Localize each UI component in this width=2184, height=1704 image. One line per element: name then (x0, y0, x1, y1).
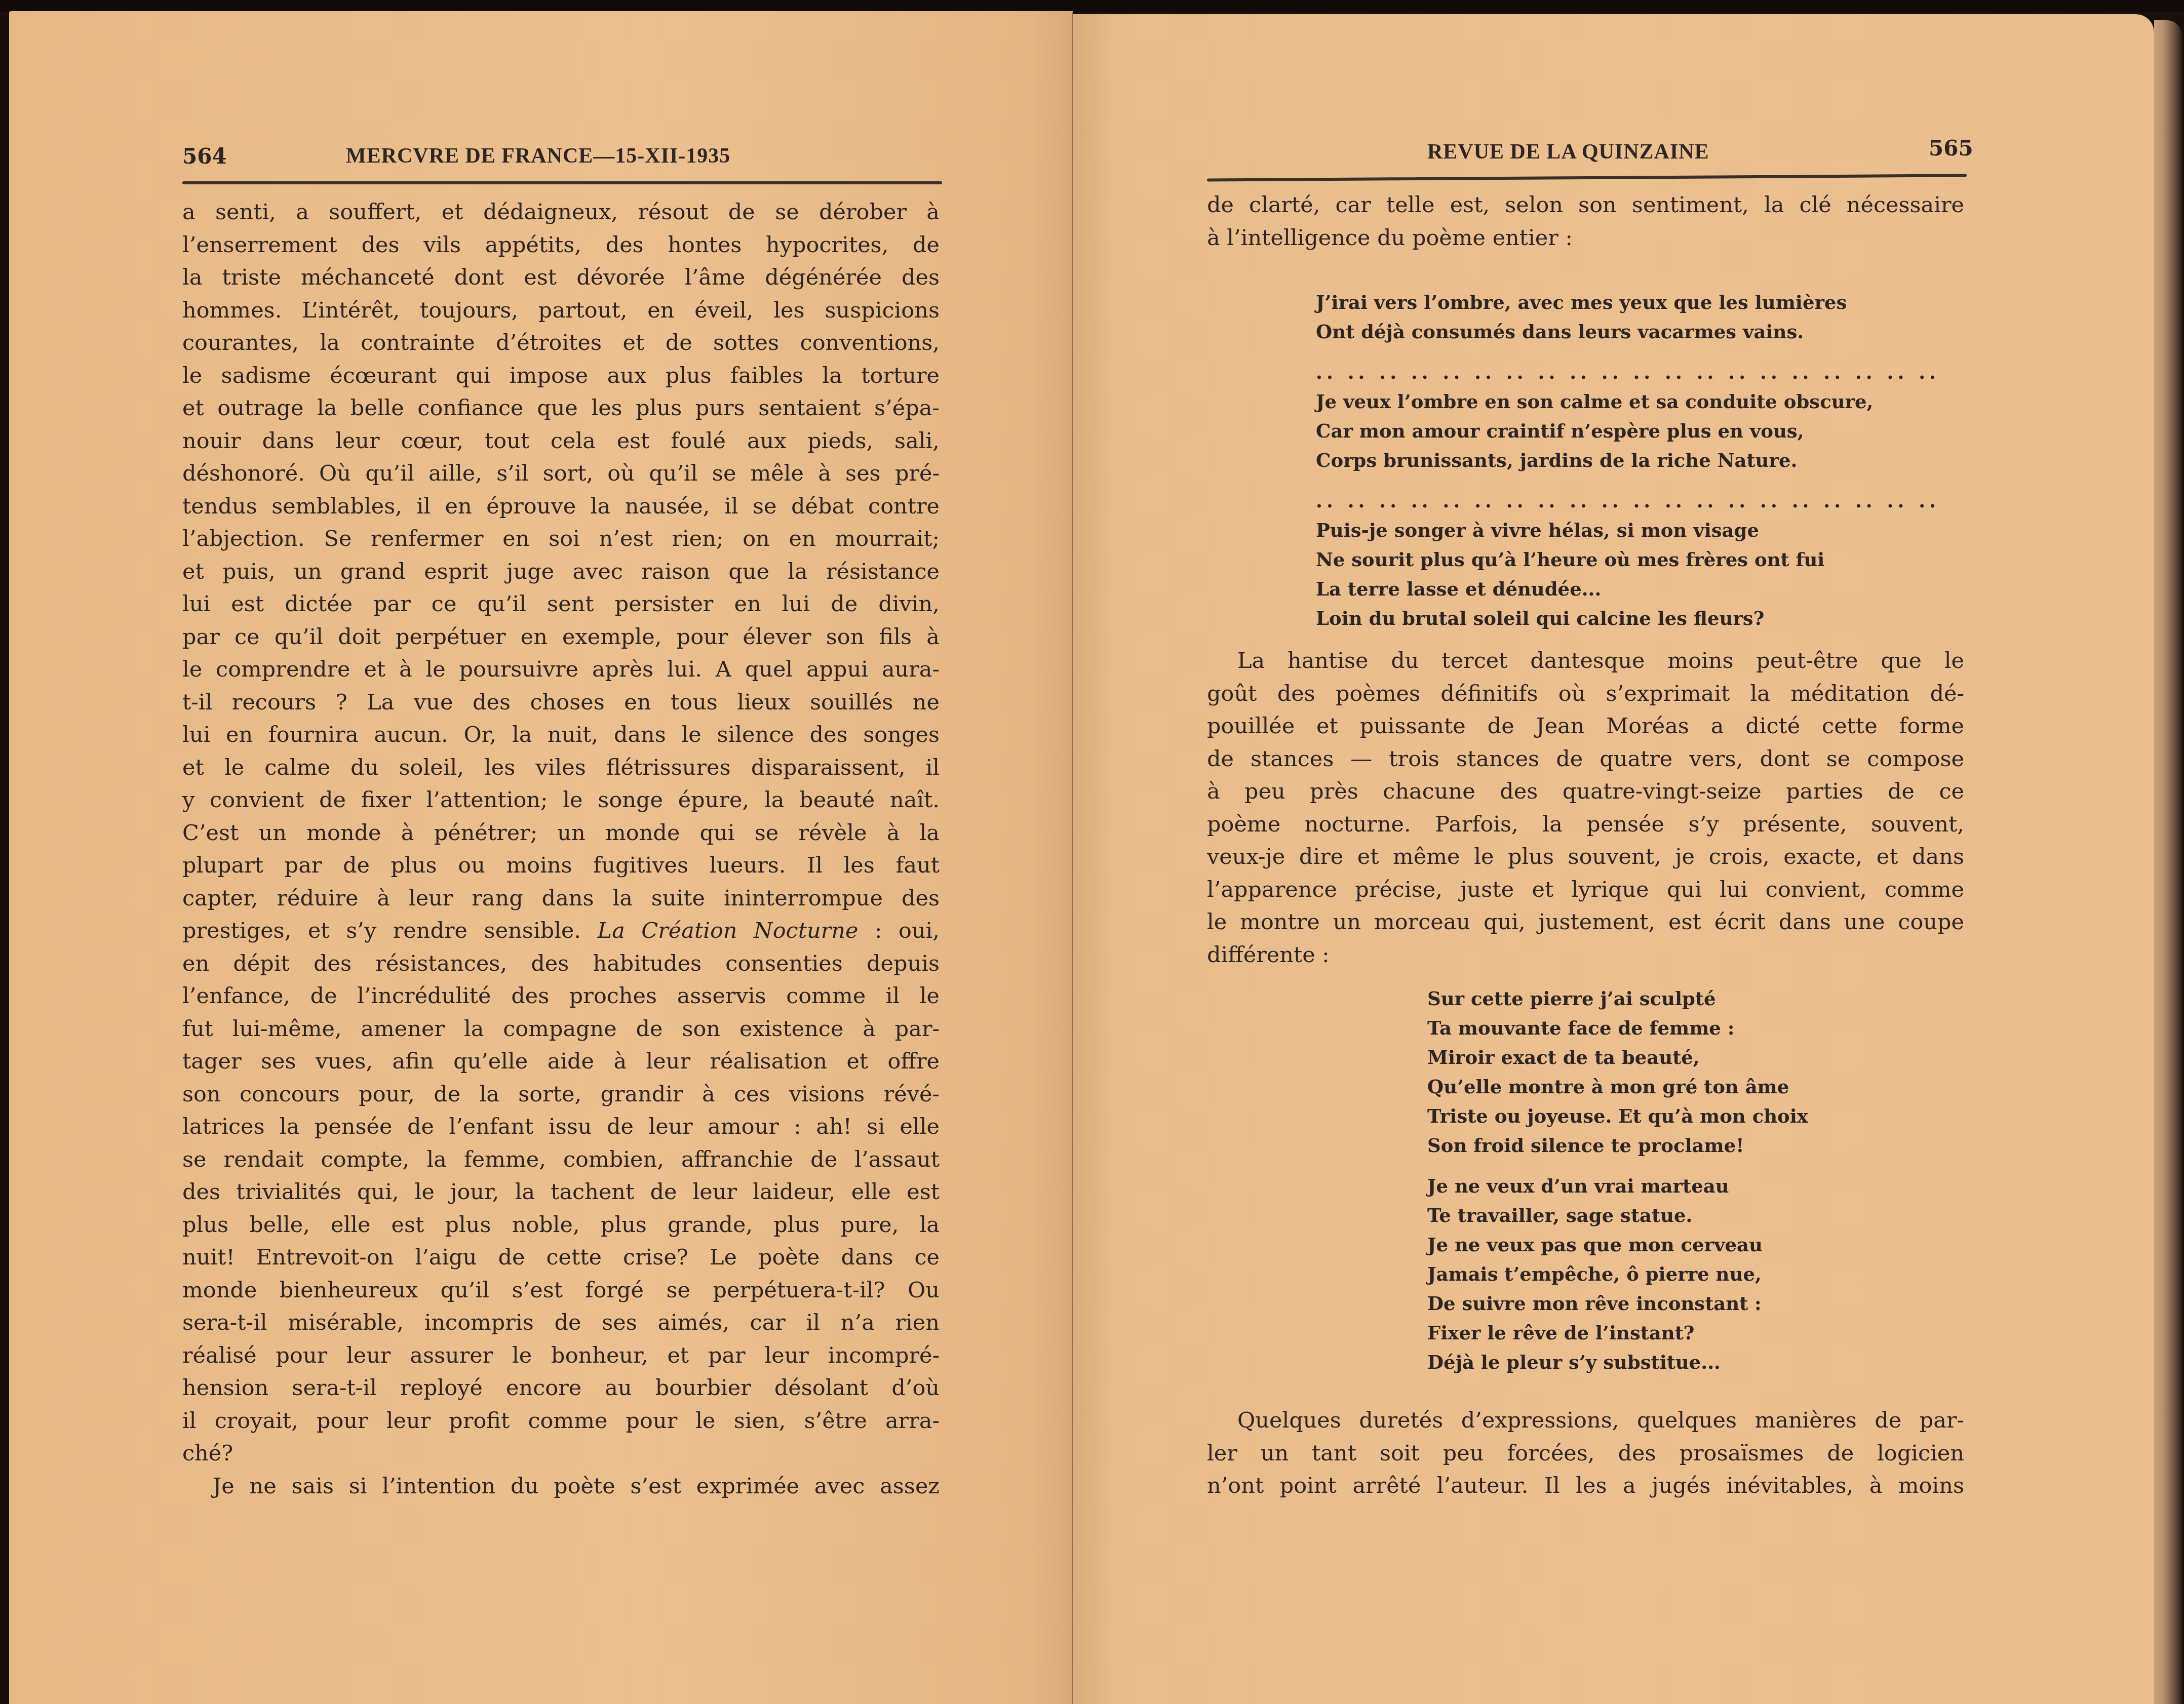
text-line: n’ont point arrêté l’auteur. Il les a ju… (1207, 1470, 1964, 1502)
text-line: hension sera-t-il reployé encore au bour… (182, 1372, 940, 1405)
text-line: ché? (182, 1437, 940, 1470)
text-line: par ce qu’il doit perpétuer en exemple, … (182, 621, 940, 654)
book-spread: 564 MERCVRE DE FRANCE—15-XII-1935 a sent… (9, 0, 2182, 1704)
text-line: à l’intelligence du poème entier : (1207, 222, 1964, 255)
running-head-left: MERCVRE DE FRANCE—15-XII-1935 (346, 144, 730, 168)
text-line: son concours pour, de la sorte, grandir … (182, 1078, 940, 1111)
text-line: des trivialités qui, le jour, la tachent… (182, 1176, 940, 1209)
text-line: l’abjection. Se renfermer en soi n’est r… (182, 523, 940, 556)
text-line: réalisé pour leur assurer le bonheur, et… (182, 1339, 940, 1372)
text-fragment: prestiges, et s’y rendre sensible. (182, 918, 581, 943)
text-line: nuit! Entrevoit-on l’aigu de cette crise… (182, 1241, 940, 1274)
text-line: l’apparence précise, juste et lyrique qu… (1207, 874, 1964, 906)
verse-line: Te travailler, sage statue. (1427, 1201, 1808, 1230)
text-line: l’enserrement des vils appétits, des hon… (182, 229, 940, 262)
verse-line: Ta mouvante face de femme : (1427, 1013, 1808, 1043)
text-line: poème nocturne. Parfois, la pensée s’y p… (1207, 808, 1964, 841)
verse-line: Qu’elle montre à mon gré ton âme (1427, 1072, 1808, 1101)
text-line: le montre un morceau qui, justement, est… (1207, 906, 1964, 939)
text-line: fut lui-même, amener la compagne de son … (182, 1013, 940, 1046)
text-line: nouir dans leur cœur, tout cela est foul… (182, 425, 940, 458)
text-line: et le calme du soleil, les viles flétris… (182, 751, 940, 784)
text-line: monde bienheureux qu’il s’est forgé se p… (182, 1274, 940, 1307)
right-page: REVUE DE LA QUINZAINE 565 de clarté, car… (1073, 14, 2154, 1704)
text-line: il croyait, pour leur profit comme pour … (182, 1405, 940, 1438)
text-line: l’enfance, de l’incrédulité des proches … (182, 980, 940, 1013)
header-rule-left (182, 181, 942, 184)
poem-excerpt-2: Sur cette pierre j’ai sculpté Ta mouvant… (1427, 984, 1808, 1377)
page-number-left: 564 (182, 144, 227, 169)
verse-line: Ont déjà consumés dans leurs vacarmes va… (1316, 317, 1940, 346)
text-line: déshonoré. Où qu’il aille, s’il sort, où… (182, 457, 940, 490)
text-line: lui est dictée par ce qu’il sent persist… (182, 588, 940, 621)
verse-line: Loin du brutal soleil qui calcine les fl… (1316, 604, 1940, 633)
text-line: veux-je dire et même le plus souvent, je… (1207, 841, 1964, 874)
text-line: le comprendre et à le poursuivre après l… (182, 653, 940, 686)
text-line: Je ne sais si l’intention du poète s’est… (182, 1470, 940, 1503)
verse-line: Jamais t’empêche, ô pierre nue, (1427, 1259, 1808, 1289)
text-line: lui en fournira aucun. Or, la nuit, dans… (182, 719, 940, 751)
verse-line: J’irai vers l’ombre, avec mes yeux que l… (1316, 288, 1940, 317)
verse-line: Son froid silence te proclame! (1427, 1131, 1808, 1160)
verse-line: Car mon amour craintif n’espère plus en … (1316, 416, 1940, 446)
ellipsis-row: .. .. .. .. .. .. .. .. .. .. .. .. .. .… (1316, 486, 1940, 516)
text-line: et outrage la belle confiance que les pl… (182, 392, 940, 425)
left-body-text: a senti, a souffert, et dédaigneux, réso… (182, 196, 940, 1502)
poem-excerpt-1: J’irai vers l’ombre, avec mes yeux que l… (1316, 288, 1940, 633)
verse-line: Je ne veux pas que mon cerveau (1427, 1230, 1808, 1259)
right-body-middle: La hantise du tercet dantesque moins peu… (1207, 645, 1964, 971)
verse-line: Sur cette pierre j’ai sculpté (1427, 984, 1808, 1013)
text-line: plupart par de plus ou moins fugitives l… (182, 849, 940, 882)
verse-line: Je veux l’ombre en son calme et sa condu… (1316, 387, 1940, 416)
text-line: en dépit des résistances, des habitudes … (182, 947, 940, 980)
text-line: latrices la pensée de l’enfant issu de l… (182, 1111, 940, 1143)
text-line: goût des poèmes définitifs où s’exprimai… (1207, 678, 1964, 710)
text-line: ler un tant soit peu forcées, des prosaï… (1207, 1437, 1964, 1470)
text-line: t-il recours ? La vue des choses en tous… (182, 686, 940, 719)
right-body-intro: de clarté, car telle est, selon son sent… (1207, 189, 1964, 254)
header-rule-right (1207, 174, 1967, 181)
text-line: de stances — trois stances de quatre ver… (1207, 743, 1964, 776)
verse-line: Déjà le pleur s’y substitue... (1427, 1348, 1808, 1377)
text-line: capter, réduire à leur rang dans la suit… (182, 882, 940, 915)
text-line: de clarté, car telle est, selon son sent… (1207, 189, 1964, 222)
right-body-closing: Quelques duretés d’expressions, quelques… (1207, 1404, 1964, 1502)
text-line: et puis, un grand esprit juge avec raiso… (182, 556, 940, 588)
text-line: C’est un monde à pénétrer; un monde qui … (182, 817, 940, 850)
running-head-right: REVUE DE LA QUINZAINE (1427, 140, 1709, 164)
page-edges (2154, 20, 2182, 1704)
text-line: différente : (1207, 939, 1964, 972)
ellipsis-row: .. .. .. .. .. .. .. .. .. .. .. .. .. .… (1316, 358, 1940, 387)
verse-line: Fixer le rêve de l’instant? (1427, 1318, 1808, 1348)
text-line: La hantise du tercet dantesque moins peu… (1207, 645, 1964, 678)
left-page: 564 MERCVRE DE FRANCE—15-XII-1935 a sent… (9, 11, 1073, 1704)
verse-line: Puis-je songer à vivre hélas, si mon vis… (1316, 516, 1940, 545)
page-number-right: 565 (1929, 136, 1973, 161)
verse-line: Je ne veux d’un vrai marteau (1427, 1171, 1808, 1201)
verse-line: Triste ou joyeuse. Et qu’à mon choix (1427, 1101, 1808, 1131)
text-line: à peu près chacune des quatre-vingt-seiz… (1207, 775, 1964, 808)
text-line: a senti, a souffert, et dédaigneux, réso… (182, 196, 940, 229)
text-line: sera-t-il misérable, incompris de ses ai… (182, 1306, 940, 1339)
text-line: se rendait compte, la femme, combien, af… (182, 1143, 940, 1176)
verse-line: De suivre mon rêve inconstant : (1427, 1289, 1808, 1318)
text-line-with-title: prestiges, et s’y rendre sensible. La Cr… (182, 915, 940, 947)
work-title: La Création Nocturne (598, 918, 859, 943)
text-line: pouillée et puissante de Jean Moréas a d… (1207, 710, 1964, 743)
text-line: plus belle, elle est plus noble, plus gr… (182, 1209, 940, 1242)
verse-line: Corps brunissants, jardins de la riche N… (1316, 446, 1940, 475)
text-line: tager ses vues, afin qu’elle aide à leur… (182, 1045, 940, 1078)
text-line: le sadisme écœurant qui impose aux plus … (182, 360, 940, 392)
text-line: tendus semblables, il en éprouve la naus… (182, 490, 940, 523)
text-line: Quelques duretés d’expressions, quelques… (1207, 1404, 1964, 1437)
text-fragment: : oui, (858, 918, 940, 943)
verse-line: Miroir exact de ta beauté, (1427, 1043, 1808, 1072)
text-line: y convient de fixer l’attention; le song… (182, 784, 940, 817)
text-line: courantes, la contrainte d’étroites et d… (182, 327, 940, 360)
text-line: la triste méchanceté dont est dévorée l’… (182, 261, 940, 294)
text-line: hommes. L’intérêt, toujours, partout, en… (182, 294, 940, 327)
verse-line: La terre lasse et dénudée... (1316, 574, 1940, 604)
verse-line: Ne sourit plus qu’à l’heure où mes frère… (1316, 545, 1940, 574)
